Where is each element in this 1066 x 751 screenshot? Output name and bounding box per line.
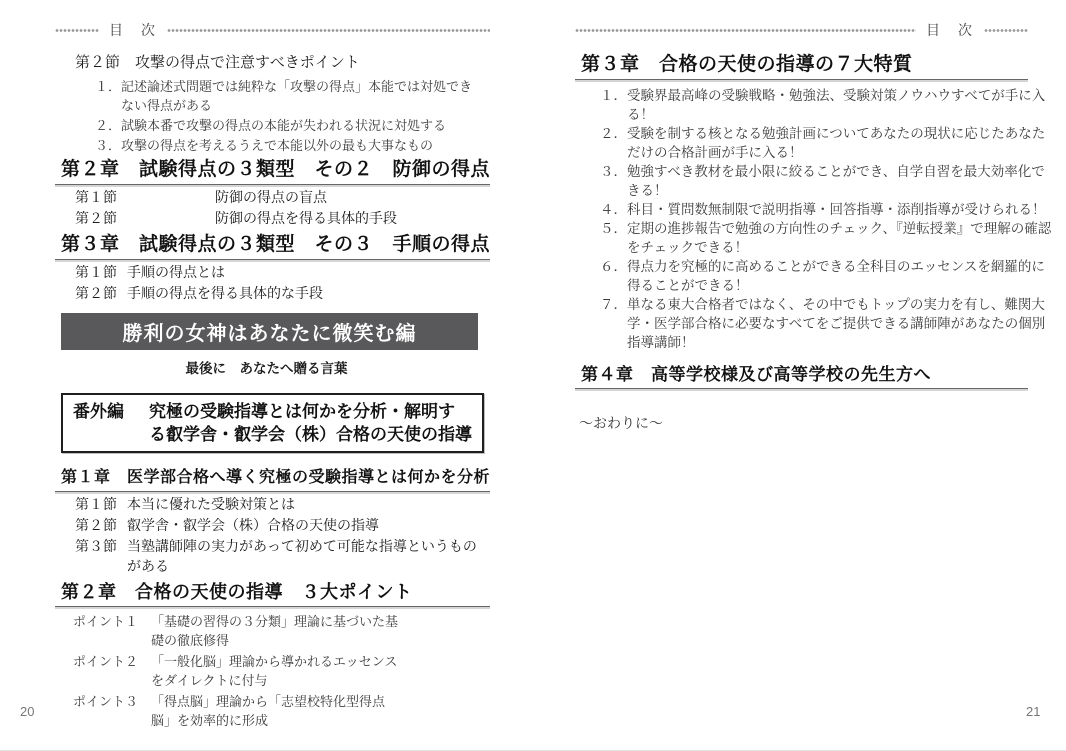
extra-part-title-line2: る叡学舎・叡学会（株）合格の天使の指導 (149, 425, 472, 444)
point-label: ポイント２ (73, 652, 151, 690)
section-label: 第１節 (75, 496, 127, 516)
section-heading: 第２節 攻撃の得点で注意すべきポイント (55, 53, 490, 73)
page-number-left: 20 (20, 704, 34, 719)
toc-entry: 第１節 本当に優れた受験対策とは (55, 496, 490, 516)
toc-entry: 第３節 当塾講師陣の実力があって初めて可能な指導というものがある (55, 538, 490, 578)
toc-entry: ２．受験を制する核となる勉強計画についてあなたの現状に応じたあなただけの合格計画… (600, 124, 1055, 162)
section-text: 手順の得点を得る具体的な手段 (127, 285, 490, 305)
part-title-banner: 勝利の女神はあなたに微笑む編 (61, 313, 478, 350)
section-label: 第１節 (75, 189, 215, 209)
chapter-heading: 第２章 試験得点の３類型 その２ 防御の得点 (55, 158, 490, 185)
section-text: 当塾講師陣の実力があって初めて可能な指導というものがある (127, 538, 490, 578)
extra-part-title-line1: 究極の受験指導とは何かを分析・解明す (149, 402, 455, 421)
toc-title: 目 次 (926, 20, 974, 40)
toc-entry: 第２節 叡学舎・叡学会（株）合格の天使の指導 (55, 517, 490, 537)
section-text: 手順の得点とは (127, 264, 490, 284)
section-label: 第２節 (75, 285, 127, 305)
toc-entry: ポイント３ 「得点脳」理論から「志望校特化型得点脳」を効率的に形成 (55, 692, 490, 730)
point-label: ポイント１ (73, 612, 151, 650)
point-text: 「基礎の習得の３分類」理論に基づいた基礎の徹底修得 (151, 612, 403, 650)
toc-entry: ４．科目・質問数無制限で説明指導・回答指導・添削指導が受けられる！ (600, 200, 1055, 219)
decorative-rule-icon (575, 28, 916, 33)
toc-entry: ３．攻撃の得点を考えるうえで本能以外の最も大事なもの (95, 136, 481, 155)
section-text: 叡学舎・叡学会（株）合格の天使の指導 (127, 517, 490, 537)
chapter-heading: 第２章 合格の天使の指導 ３大ポイント (55, 581, 490, 607)
section-label: 第１節 (75, 264, 127, 284)
toc-entry: １．受験界最高峰の受験戦略・勉強法、受験対策ノウハウすべてが手に入る！ (600, 86, 1055, 124)
toc-entry: 第２節 防御の得点を得る具体的手段 (55, 210, 490, 230)
decorative-rule-icon (167, 28, 490, 33)
features-list: １．受験界最高峰の受験戦略・勉強法、受験対策ノウハウすべてが手に入る！ ２．受験… (575, 86, 1028, 352)
toc-entry: 第２節 手順の得点を得る具体的な手段 (55, 285, 490, 305)
chapter-heading: 第３章 合格の天使の指導の７大特質 (575, 53, 1028, 80)
toc-entry: 第１節 手順の得点とは (55, 264, 490, 284)
toc-entry: ７．単なる東大合格者ではなく、その中でもトップの実力を有し、難関大学・医学部合格… (600, 295, 1055, 352)
extra-part-title: 究極の受験指導とは何かを分析・解明す る叡学舎・叡学会（株）合格の天使の指導 (149, 400, 472, 446)
toc-entry: ポイント２ 「一般化脳」理論から導かれるエッセンスをダイレクトに付与 (55, 652, 490, 690)
chapter-heading: 第４章 高等学校様及び高等学校の先生方へ (575, 364, 1028, 389)
section-text: 防御の得点を得る具体的手段 (215, 210, 490, 230)
toc-entry: １．記述論述式問題では純粋な「攻撃の得点」本能では対処できない得点がある (95, 77, 481, 115)
decorative-rule-icon (55, 28, 99, 33)
toc-entry: 第１節 防御の得点の盲点 (55, 189, 490, 209)
section-text: 防御の得点の盲点 (215, 189, 490, 209)
left-page: 目 次 第２節 攻撃の得点で注意すべきポイント １．記述論述式問題では純粋な「攻… (55, 0, 490, 732)
point-text: 「一般化脳」理論から導かれるエッセンスをダイレクトに付与 (151, 652, 403, 690)
section-sub-items: １．記述論述式問題では純粋な「攻撃の得点」本能では対処できない得点がある ２．試… (55, 77, 490, 155)
point-text: 「得点脳」理論から「志望校特化型得点脳」を効率的に形成 (151, 692, 403, 730)
points-list: ポイント１ 「基礎の習得の３分類」理論に基づいた基礎の徹底修得 ポイント２ 「一… (55, 612, 490, 730)
toc-entry: ６．得点力を究極的に高めることができる全科目のエッセンスを網羅的に得ることができ… (600, 257, 1055, 295)
page-number-right: 21 (1026, 704, 1040, 719)
section-label: 第２節 (75, 210, 215, 230)
chapter-heading: 第３章 試験得点の３類型 その３ 手順の得点 (55, 233, 490, 260)
decorative-rule-icon (984, 28, 1028, 33)
section-text: 本当に優れた受験対策とは (127, 496, 490, 516)
extra-part-box: 番外編 究極の受験指導とは何かを分析・解明す る叡学舎・叡学会（株）合格の天使の… (61, 393, 484, 453)
toc-title: 目 次 (109, 20, 157, 40)
point-label: ポイント３ (73, 692, 151, 730)
toc-entry: ２．試験本番で攻撃の得点の本能が失われる状況に対処する (95, 116, 481, 135)
toc-entry: ポイント１ 「基礎の習得の３分類」理論に基づいた基礎の徹底修得 (55, 612, 490, 650)
closing-label: ～おわりに～ (575, 413, 1028, 433)
toc-entry: ３．勉強すべき教材を最小限に絞ることができ、自学自習を最大効率化できる！ (600, 162, 1055, 200)
chapter-heading: 第１章 医学部合格へ導く究極の受験指導とは何かを分析 (55, 467, 490, 492)
extra-part-label: 番外編 (73, 400, 149, 446)
section-label: 第２節 (75, 517, 127, 537)
section-label: 第３節 (75, 538, 127, 578)
right-page: 目 次 第３章 合格の天使の指導の７大特質 １．受験界最高峰の受験戦略・勉強法、… (575, 0, 1028, 433)
banner-subtitle: 最後に あなたへ贈る言葉 (55, 357, 478, 377)
toc-entry: ５．定期の進捗報告で勉強の方向性のチェック、『逆転授業』で理解の確認をチェックで… (600, 219, 1055, 257)
toc-header-right: 目 次 (575, 22, 1028, 38)
toc-header-left: 目 次 (55, 22, 490, 38)
